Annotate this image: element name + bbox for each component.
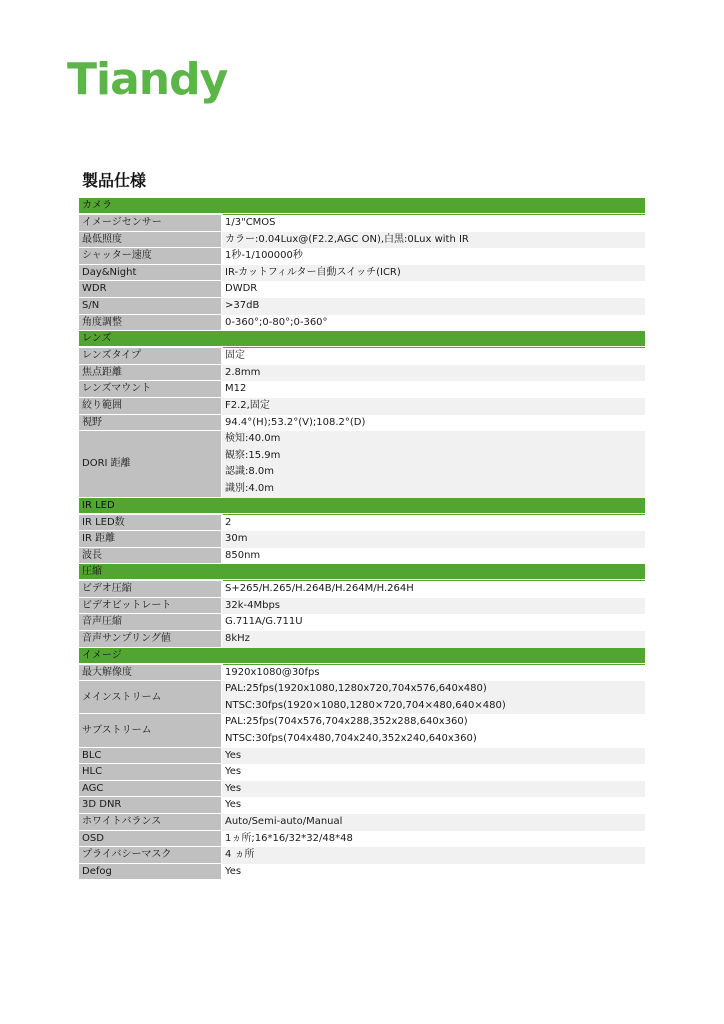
spec-label: 最大解像度 (79, 665, 222, 682)
spec-label: OSD (79, 831, 222, 848)
spec-row: シャッター速度1秒-1/100000秒 (79, 248, 645, 265)
spec-row: 波長850nm (79, 548, 645, 565)
spec-value-line: DWDR (225, 281, 645, 298)
spec-value-line: 2 (225, 515, 645, 532)
spec-label: 焦点距離 (79, 365, 222, 382)
spec-value: 1/3"CMOS (222, 215, 645, 232)
spec-value: 4 ヵ所 (222, 847, 645, 864)
spec-row: 絞り範囲F2.2,固定 (79, 398, 645, 415)
spec-value: Yes (222, 797, 645, 814)
spec-row: 音声圧縮G.711A/G.711U (79, 614, 645, 631)
spec-label: Defog (79, 864, 222, 881)
spec-value-line: Yes (225, 748, 645, 765)
spec-label: シャッター速度 (79, 248, 222, 265)
spec-value-line: F2.2,固定 (225, 398, 645, 415)
spec-value-line: 認識:8.0m (225, 464, 645, 481)
spec-value-line: 1920x1080@30fps (225, 665, 645, 682)
spec-label: 角度調整 (79, 315, 222, 332)
spec-value: 固定 (222, 348, 645, 365)
spec-value-line: 94.4°(H);53.2°(V);108.2°(D) (225, 415, 645, 432)
spec-row: レンズマウントM12 (79, 381, 645, 398)
spec-label: 最低照度 (79, 232, 222, 249)
section-title: 圧縮 (82, 564, 102, 579)
section-header: 圧縮 (79, 564, 645, 579)
section-title: レンズ (82, 331, 111, 346)
spec-label: サブストリーム (79, 714, 222, 747)
section-title: イメージ (82, 648, 122, 663)
spec-value-line: カラー:0.04Lux@(F2.2,AGC ON),白黒:0Lux with I… (225, 232, 645, 249)
spec-value-line: 4 ヵ所 (225, 847, 645, 864)
spec-row: IR LED数2 (79, 515, 645, 532)
spec-value: F2.2,固定 (222, 398, 645, 415)
spec-value-line: 1ヵ所;16*16/32*32/48*48 (225, 831, 645, 848)
spec-label: 波長 (79, 548, 222, 565)
spec-value: 94.4°(H);53.2°(V);108.2°(D) (222, 415, 645, 432)
spec-row: 角度調整0-360°;0-80°;0-360° (79, 315, 645, 332)
page-title: 製品仕様 (82, 170, 146, 192)
spec-value: 8kHz (222, 631, 645, 648)
spec-value-line: 2.8mm (225, 365, 645, 382)
spec-value: DWDR (222, 281, 645, 298)
spec-label: レンズタイプ (79, 348, 222, 365)
spec-label: AGC (79, 781, 222, 798)
spec-value-line: PAL:25fps(1920x1080,1280x720,704x576,640… (225, 681, 645, 698)
spec-value-line: 検知:40.0m (225, 431, 645, 448)
spec-value: IR-カットフィルター自動スイッチ(ICR) (222, 265, 645, 282)
spec-value: 検知:40.0m観察:15.9m認識:8.0m識別:4.0m (222, 431, 645, 497)
section-title: IR LED (82, 498, 115, 513)
spec-row: 最大解像度1920x1080@30fps (79, 665, 645, 682)
tiandy-logo: Tiandy (67, 52, 227, 108)
spec-value: G.711A/G.711U (222, 614, 645, 631)
spec-label: DORI 距離 (79, 431, 222, 497)
spec-value-line: PAL:25fps(704x576,704x288,352x288,640x36… (225, 714, 645, 731)
spec-value: 1ヵ所;16*16/32*32/48*48 (222, 831, 645, 848)
spec-row: BLCYes (79, 748, 645, 765)
spec-label: 3D DNR (79, 797, 222, 814)
spec-value-line: NTSC:30fps(704x480,704x240,352x240,640x3… (225, 731, 645, 748)
spec-label: プライバシーマスク (79, 847, 222, 864)
spec-row: HLCYes (79, 764, 645, 781)
spec-row: サブストリームPAL:25fps(704x576,704x288,352x288… (79, 714, 645, 747)
section-header: イメージ (79, 648, 645, 663)
section-title: カメラ (82, 198, 112, 213)
spec-value-line: NTSC:30fps(1920×1080,1280×720,704×480,64… (225, 698, 645, 715)
spec-label: メインストリーム (79, 681, 222, 714)
spec-label: HLC (79, 764, 222, 781)
spec-value: Yes (222, 764, 645, 781)
spec-label: 音声サンプリング値 (79, 631, 222, 648)
spec-row: ビデオビットレート32k-4Mbps (79, 598, 645, 615)
spec-row: DefogYes (79, 864, 645, 881)
spec-label: 視野 (79, 415, 222, 432)
spec-value-line: 識別:4.0m (225, 481, 645, 498)
spec-value: Yes (222, 781, 645, 798)
spec-value-line: >37dB (225, 298, 645, 315)
spec-label: 音声圧縮 (79, 614, 222, 631)
spec-value: 32k-4Mbps (222, 598, 645, 615)
spec-label: ビデオビットレート (79, 598, 222, 615)
spec-value-line: 8kHz (225, 631, 645, 648)
spec-table: カメライメージセンサー1/3"CMOS最低照度カラー:0.04Lux@(F2.2… (79, 198, 645, 880)
spec-label: S/N (79, 298, 222, 315)
spec-value-line: IR-カットフィルター自動スイッチ(ICR) (225, 265, 645, 282)
spec-row: イメージセンサー1/3"CMOS (79, 215, 645, 232)
spec-row: DORI 距離検知:40.0m観察:15.9m認識:8.0m識別:4.0m (79, 431, 645, 497)
spec-value-line: S+265/H.265/H.264B/H.264M/H.264H (225, 581, 645, 598)
spec-value: S+265/H.265/H.264B/H.264M/H.264H (222, 581, 645, 598)
spec-value-line: 30m (225, 531, 645, 548)
spec-label: IR 距離 (79, 531, 222, 548)
spec-value: 2.8mm (222, 365, 645, 382)
spec-value: カラー:0.04Lux@(F2.2,AGC ON),白黒:0Lux with I… (222, 232, 645, 249)
spec-label: BLC (79, 748, 222, 765)
spec-value-line: M12 (225, 381, 645, 398)
spec-value: 850nm (222, 548, 645, 565)
spec-value: >37dB (222, 298, 645, 315)
spec-value-line: 観察:15.9m (225, 448, 645, 465)
spec-value: 1秒-1/100000秒 (222, 248, 645, 265)
spec-row: 音声サンプリング値8kHz (79, 631, 645, 648)
spec-value: Yes (222, 864, 645, 881)
spec-value: Yes (222, 748, 645, 765)
spec-value-line: Yes (225, 864, 645, 881)
section-header: IR LED (79, 498, 645, 513)
spec-row: 焦点距離2.8mm (79, 365, 645, 382)
spec-label: レンズマウント (79, 381, 222, 398)
spec-value: M12 (222, 381, 645, 398)
spec-label: WDR (79, 281, 222, 298)
spec-row: レンズタイプ固定 (79, 348, 645, 365)
spec-row: IR 距離30m (79, 531, 645, 548)
spec-label: IR LED数 (79, 515, 222, 532)
spec-value-line: Auto/Semi-auto/Manual (225, 814, 645, 831)
section-header: レンズ (79, 331, 645, 346)
spec-row: ホワイトバランスAuto/Semi-auto/Manual (79, 814, 645, 831)
spec-value-line: 850nm (225, 548, 645, 565)
spec-value-line: 固定 (225, 348, 645, 365)
spec-row: Day&NightIR-カットフィルター自動スイッチ(ICR) (79, 265, 645, 282)
spec-value-line: Yes (225, 781, 645, 798)
spec-value: PAL:25fps(1920x1080,1280x720,704x576,640… (222, 681, 645, 714)
spec-row: プライバシーマスク4 ヵ所 (79, 847, 645, 864)
spec-value: 30m (222, 531, 645, 548)
spec-row: AGCYes (79, 781, 645, 798)
spec-row: 3D DNRYes (79, 797, 645, 814)
spec-row: メインストリームPAL:25fps(1920x1080,1280x720,704… (79, 681, 645, 714)
spec-label: 絞り範囲 (79, 398, 222, 415)
spec-value-line: 0-360°;0-80°;0-360° (225, 315, 645, 332)
spec-row: OSD1ヵ所;16*16/32*32/48*48 (79, 831, 645, 848)
section-header: カメラ (79, 198, 645, 213)
spec-value: 2 (222, 515, 645, 532)
spec-value: PAL:25fps(704x576,704x288,352x288,640x36… (222, 714, 645, 747)
spec-label: ホワイトバランス (79, 814, 222, 831)
spec-label: イメージセンサー (79, 215, 222, 232)
spec-value-line: 1秒-1/100000秒 (225, 248, 645, 265)
spec-value: 1920x1080@30fps (222, 665, 645, 682)
spec-value-line: Yes (225, 764, 645, 781)
spec-value: Auto/Semi-auto/Manual (222, 814, 645, 831)
spec-value-line: 1/3"CMOS (225, 215, 645, 232)
spec-row: 最低照度カラー:0.04Lux@(F2.2,AGC ON),白黒:0Lux wi… (79, 232, 645, 249)
spec-label: Day&Night (79, 265, 222, 282)
spec-row: ビデオ圧縮S+265/H.265/H.264B/H.264M/H.264H (79, 581, 645, 598)
spec-row: WDRDWDR (79, 281, 645, 298)
spec-value-line: Yes (225, 797, 645, 814)
spec-row: S/N>37dB (79, 298, 645, 315)
spec-value: 0-360°;0-80°;0-360° (222, 315, 645, 332)
spec-row: 視野94.4°(H);53.2°(V);108.2°(D) (79, 415, 645, 432)
spec-value-line: 32k-4Mbps (225, 598, 645, 615)
spec-value-line: G.711A/G.711U (225, 614, 645, 631)
spec-label: ビデオ圧縮 (79, 581, 222, 598)
